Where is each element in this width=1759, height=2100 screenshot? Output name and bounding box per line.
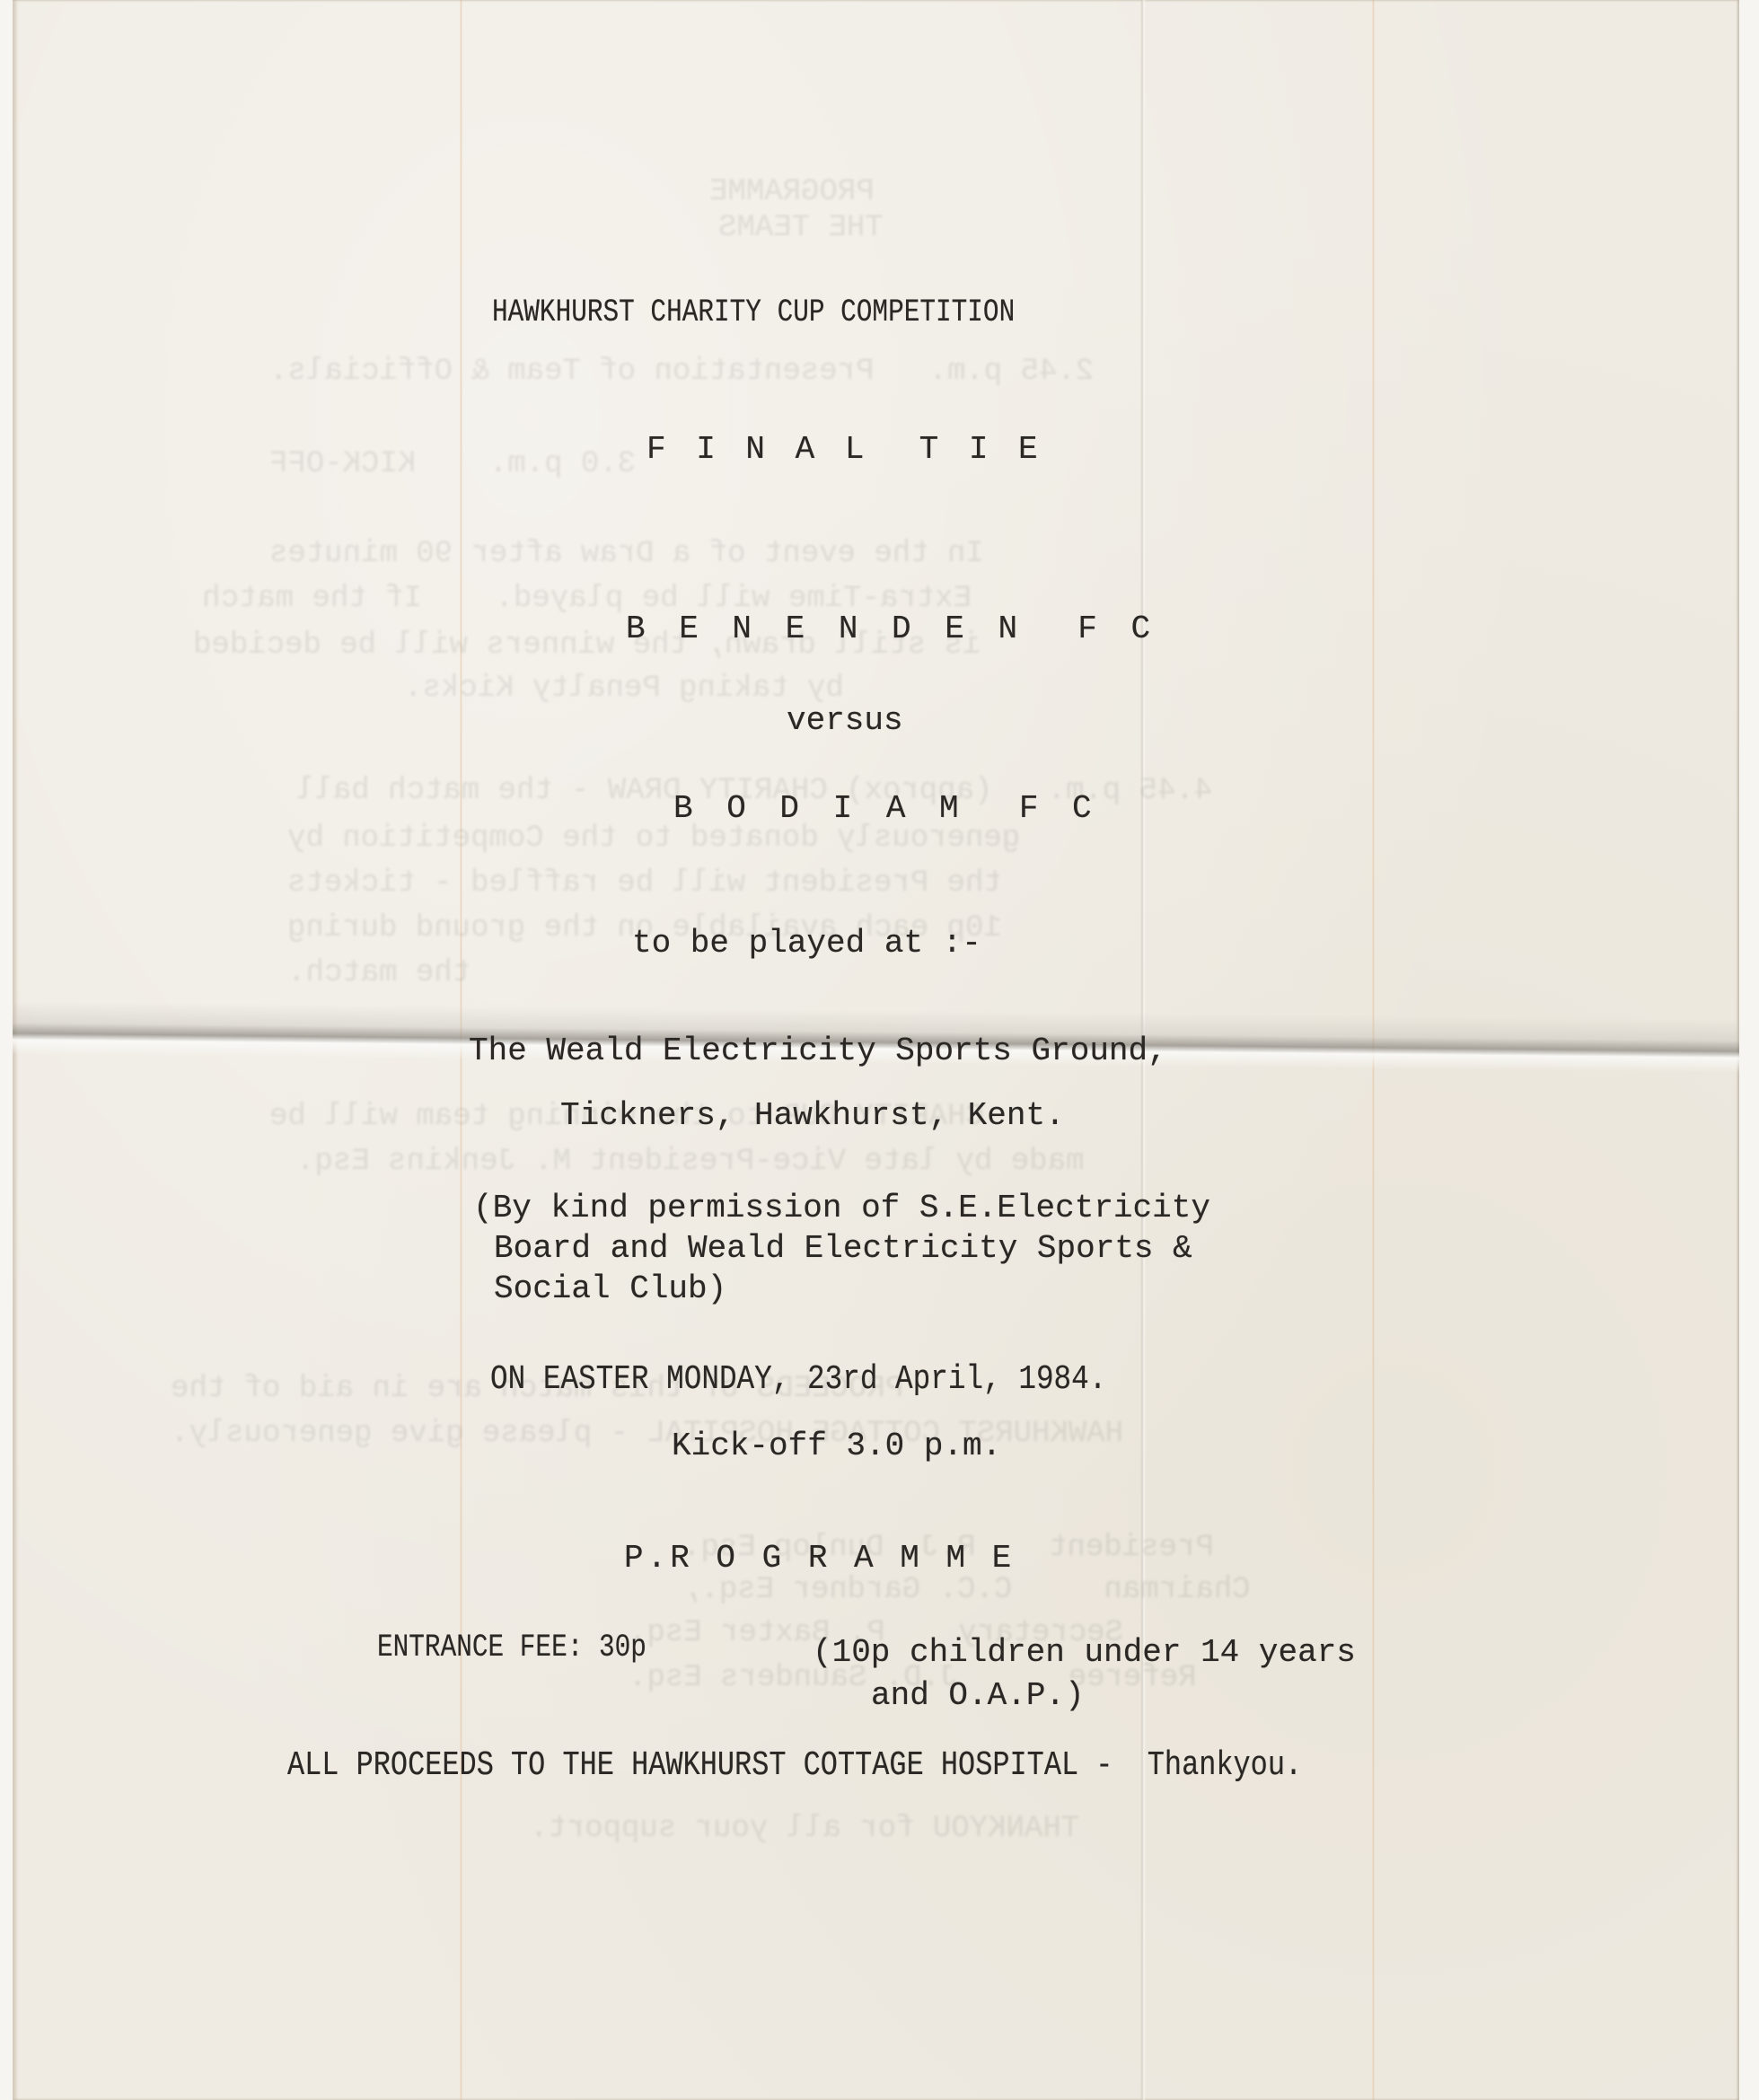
proceeds-note: ALL PROCEEDS TO THE HAWKHURST COTTAGE HO…	[287, 1746, 1302, 1785]
show-through-line: the President will be raffled - tickets	[287, 866, 1002, 901]
permission-line-3: Social Club)	[494, 1270, 726, 1307]
permission-line-1: (By kind permission of S.E.Electricity	[473, 1190, 1210, 1226]
show-through-line: the match.	[287, 956, 471, 990]
entrance-fee: ENTRANCE FEE: 30p	[377, 1630, 646, 1665]
venue-address: Tickners, Hawkhurst, Kent.	[560, 1097, 1065, 1134]
versus-label: versus	[787, 702, 903, 739]
show-through-line: by taking Penalty Kicks.	[404, 672, 844, 706]
match-date: ON EASTER MONDAY, 23rd April, 1984.	[490, 1360, 1106, 1399]
show-through-line: PROGRAMME	[709, 175, 875, 209]
show-through-line: 2.45 p.m. Presentation of Team & Officia…	[269, 355, 1094, 389]
show-through-line: THANKYOU for all your support.	[530, 1812, 1079, 1846]
show-through-line: made by late Vice-President M. Jenkins E…	[296, 1145, 1084, 1179]
home-team: B E N E N D E N F C	[626, 611, 1157, 647]
entrance-fee-concession: (10p children under 14 years	[813, 1634, 1356, 1671]
show-through-line: Chairman C.C. Gardner Esq.,	[682, 1573, 1251, 1607]
venue-name: The Weald Electricity Sports Ground,	[469, 1032, 1167, 1069]
final-tie-heading: F I N A L T I E	[646, 431, 1043, 468]
venue-intro: to be played at :-	[632, 925, 981, 962]
permission-line-2: Board and Weald Electricity Sports &	[494, 1230, 1192, 1267]
away-team: B O D I A M F C	[673, 790, 1099, 827]
show-through-line: 3.0 p.m. KICK-OFF	[269, 447, 636, 481]
kickoff-time: Kick-off 3.0 p.m.	[672, 1428, 1001, 1464]
programme-heading: P.R O G R A M M E	[624, 1540, 1015, 1577]
show-through-line: THE TEAMS	[718, 211, 884, 245]
show-through-line: In the event of a Draw after 90 minutes	[269, 537, 984, 571]
entrance-fee-concession-2: and O.A.P.)	[871, 1677, 1085, 1714]
competition-title: HAWKHURST CHARITY CUP COMPETITION	[492, 294, 1015, 330]
